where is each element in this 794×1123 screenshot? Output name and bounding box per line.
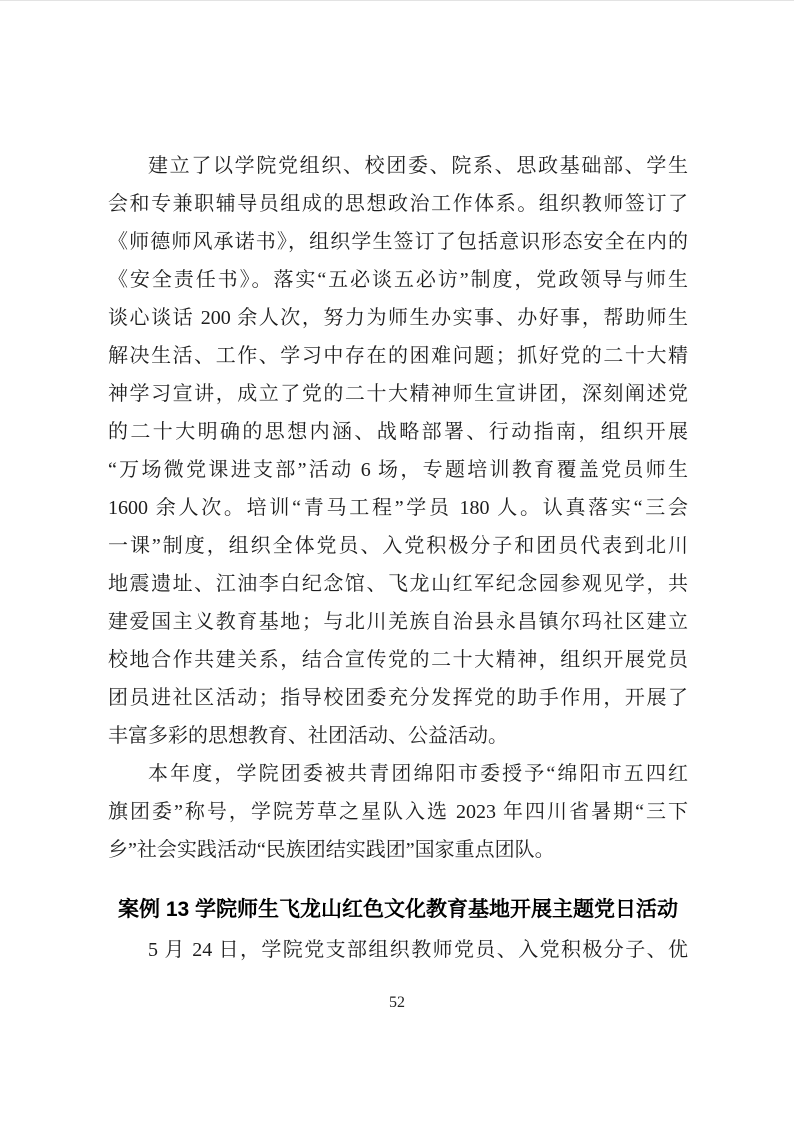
paragraph-ideological-political-work-line-1: 建立了以学院党组织、校团委、院系、思政基础部、学生 — [108, 147, 688, 185]
paragraph-honors-line-3: 乡”社会实践活动“民族团结实践团”国家重点团队。 — [108, 831, 688, 869]
paragraph-ideological-political-work: 建立了以学院党组织、校团委、院系、思政基础部、学生会和专兼职辅导员组成的思想政治… — [108, 147, 688, 755]
paragraph-ideological-political-work-line-9: “万场微党课进支部”活动 6 场，专题培训教育覆盖党员师生 — [108, 451, 688, 489]
case-13-heading-text: 案例 13 学院师生飞龙山红色文化教育基地开展主题党日活动 — [108, 891, 688, 929]
paragraph-ideological-political-work-line-13: 建爱国主义教育基地；与北川羌族自治县永昌镇尔玛社区建立 — [108, 603, 688, 641]
case-13-heading: 案例 13 学院师生飞龙山红色文化教育基地开展主题党日活动 — [108, 891, 688, 929]
paragraph-ideological-political-work-line-6: 解决生活、工作、学习中存在的困难问题；抓好党的二十大精 — [108, 337, 688, 375]
paragraph-ideological-political-work-line-2: 会和专兼职辅导员组成的思想政治工作体系。组织教师签订了 — [108, 185, 688, 223]
paragraph-ideological-political-work-line-11: 一课”制度，组织全体党员、入党积极分子和团员代表到北川 — [108, 527, 688, 565]
paragraph-case13-intro: 5 月 24 日，学院党支部组织教师党员、入党积极分子、优 — [108, 931, 688, 969]
document-page: 建立了以学院党组织、校团委、院系、思政基础部、学生会和专兼职辅导员组成的思想政治… — [0, 0, 794, 1123]
paragraph-ideological-political-work-line-14: 校地合作共建关系，结合宣传党的二十大精神，组织开展党员 — [108, 641, 688, 679]
paragraph-ideological-political-work-line-7: 神学习宣讲，成立了党的二十大精神师生宣讲团，深刻阐述党 — [108, 375, 688, 413]
paragraph-ideological-political-work-line-8: 的二十大明确的思想内涵、战略部署、行动指南，组织开展 — [108, 413, 688, 451]
paragraph-ideological-political-work-line-16: 丰富多彩的思想教育、社团活动、公益活动。 — [108, 717, 688, 755]
document-body: 建立了以学院党组织、校团委、院系、思政基础部、学生会和专兼职辅导员组成的思想政治… — [108, 147, 688, 969]
paragraph-ideological-political-work-line-12: 地震遗址、江油李白纪念馆、飞龙山红军纪念园参观见学，共 — [108, 565, 688, 603]
paragraph-ideological-political-work-line-15: 团员进社区活动；指导校团委充分发挥党的助手作用，开展了 — [108, 679, 688, 717]
page-number: 52 — [0, 993, 794, 1013]
paragraph-ideological-political-work-line-3: 《师德师风承诺书》，组织学生签订了包括意识形态安全在内的 — [108, 223, 688, 261]
paragraph-ideological-political-work-line-4: 《安全责任书》。落实“五必谈五必访”制度，党政领导与师生 — [108, 261, 688, 299]
paragraph-honors-line-1: 本年度，学院团委被共青团绵阳市委授予“绵阳市五四红 — [108, 755, 688, 793]
paragraph-case13-intro-line-1: 5 月 24 日，学院党支部组织教师党员、入党积极分子、优 — [108, 931, 688, 969]
paragraph-ideological-political-work-line-5: 谈心谈话 200 余人次，努力为师生办实事、办好事，帮助师生 — [108, 299, 688, 337]
paragraph-honors-line-2: 旗团委”称号，学院芳草之星队入选 2023 年四川省暑期“三下 — [108, 793, 688, 831]
paragraph-honors: 本年度，学院团委被共青团绵阳市委授予“绵阳市五四红旗团委”称号，学院芳草之星队入… — [108, 755, 688, 869]
paragraph-ideological-political-work-line-10: 1600 余人次。培训“青马工程”学员 180 人。认真落实“三会 — [108, 489, 688, 527]
